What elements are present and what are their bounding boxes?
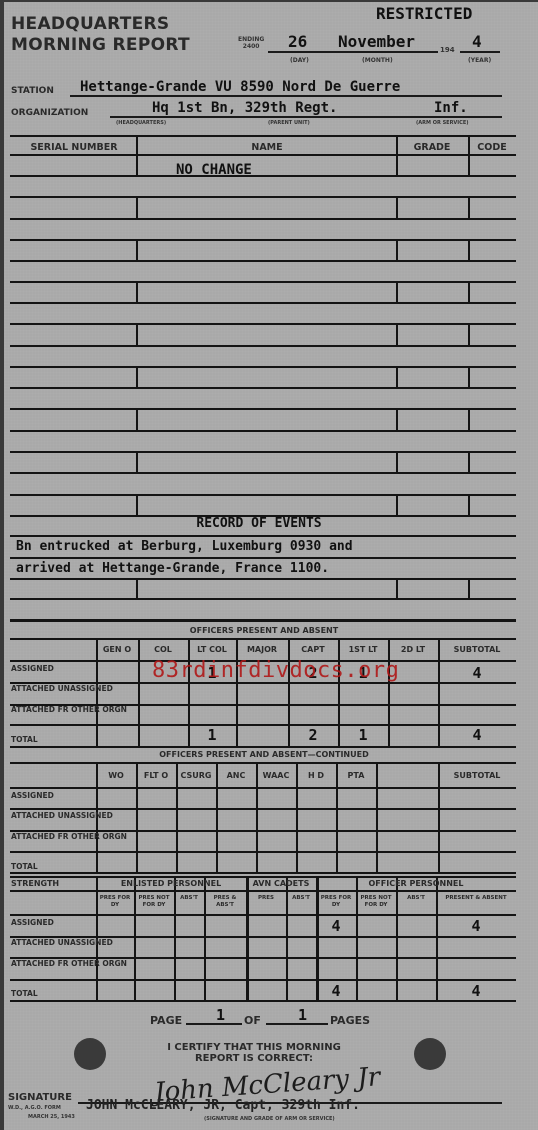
- row-label: ATTACHED UNASSIGNED: [11, 685, 113, 693]
- station-label: STATION: [11, 86, 54, 96]
- year-prefix: 194: [440, 46, 455, 54]
- organization-label: ORGANIZATION: [11, 108, 88, 118]
- strength-subcolumn-header: PRES FOR DY: [316, 895, 356, 909]
- roster-top-border: [10, 135, 516, 137]
- pages-label: PAGES: [330, 1014, 370, 1027]
- event-line-2: arrived at Hettange-Grande, France 1100.: [16, 561, 329, 576]
- column-header: WAAC: [256, 771, 296, 780]
- cell-value: 2: [288, 726, 338, 744]
- roster-column-divider: [136, 239, 138, 260]
- roster-column-divider: [468, 137, 470, 154]
- col-name: NAME: [138, 142, 396, 153]
- col-serial-number: SERIAL NUMBER: [14, 142, 134, 153]
- roster-rule: [10, 408, 516, 410]
- table-column-divider: [376, 763, 378, 872]
- cell-value: 4: [436, 982, 516, 1000]
- roster-rule: [10, 323, 516, 325]
- binder-hole-right: [414, 1038, 446, 1070]
- table-rule: [10, 808, 516, 810]
- record-of-events-title: RECORD OF EVENTS: [4, 516, 514, 531]
- events-rule-1: [10, 535, 516, 537]
- roster-rule: [10, 302, 516, 304]
- roster-column-divider: [468, 494, 470, 515]
- roster-column-divider: [468, 196, 470, 218]
- certify-line-2: REPORT IS CORRECT:: [144, 1053, 364, 1064]
- report-year: 4: [472, 32, 482, 51]
- table-rule: [10, 890, 516, 892]
- roster-column-divider: [396, 239, 398, 260]
- row-label: ATTACHED FR OTHER ORGN: [11, 960, 127, 968]
- roster-column-divider: [468, 451, 470, 472]
- cell-value: 4: [316, 917, 356, 935]
- group-divider: [246, 877, 249, 1000]
- certification-text: I CERTIFY THAT THIS MORNING REPORT IS CO…: [144, 1042, 364, 1064]
- column-header: WO: [96, 771, 136, 780]
- ending-label: ENDING 2400: [238, 36, 264, 50]
- row-label: TOTAL: [11, 990, 38, 998]
- table-rule: [10, 1000, 516, 1002]
- column-header: MAJOR: [236, 645, 288, 654]
- organization-hq: Hq 1st Bn, 329th Regt.: [152, 100, 337, 116]
- roster-column-divider: [136, 408, 138, 430]
- column-header: CAPT: [288, 645, 338, 654]
- col-grade: GRADE: [396, 142, 468, 153]
- form-date: MARCH 25, 1943: [28, 1114, 75, 1120]
- column-header: PTA: [336, 771, 376, 780]
- roster-rule: [10, 218, 516, 220]
- events-rule-2: [10, 557, 516, 559]
- table-rule: [10, 746, 516, 748]
- roster-column-divider: [136, 137, 138, 154]
- month-caption: (MONTH): [362, 57, 393, 64]
- table-column-divider: [236, 639, 238, 746]
- events-rule-4: [10, 598, 516, 600]
- roster-column-divider: [396, 281, 398, 302]
- column-header: FLT O: [136, 771, 176, 780]
- row-label: ATTACHED FR OTHER ORGN: [11, 706, 127, 714]
- roster-column-divider: [468, 366, 470, 387]
- station-value: Hettange-Grande VU 8590 Nord De Guerre: [80, 79, 400, 95]
- roster-rule: [10, 196, 516, 198]
- row-label: ASSIGNED: [11, 792, 54, 800]
- strength-subcolumn-header: PRES NOT FOR DY: [134, 895, 174, 909]
- roster-rule: [10, 451, 516, 453]
- roster-column-divider: [468, 154, 470, 175]
- page-number: 1: [216, 1006, 225, 1024]
- roster-rule: [10, 154, 516, 156]
- cell-value: 1: [338, 726, 388, 744]
- events-divider: [468, 580, 470, 598]
- table-column-divider: [388, 639, 390, 746]
- roster-column-divider: [396, 408, 398, 430]
- column-header: LT COL: [188, 645, 236, 654]
- signature-label: SIGNATURE: [8, 1092, 72, 1103]
- roster-rule: [10, 239, 516, 241]
- table-rule: [10, 876, 516, 878]
- strength-subcolumn-header: PRES: [246, 895, 286, 902]
- cell-value: 4: [438, 664, 516, 682]
- table-rule: [10, 762, 516, 764]
- strength-group-header: ENLISTED PERSONNEL: [96, 879, 246, 888]
- roster-column-divider: [396, 323, 398, 345]
- column-header: ANC: [216, 771, 256, 780]
- title-line-2: MORNING REPORT: [11, 35, 190, 56]
- roster-column-divider: [396, 366, 398, 387]
- strength-group-header: OFFICER PERSONNEL: [316, 879, 516, 888]
- signer-name: JOHN McCLEARY, JR, Capt, 329th Inf.: [86, 1098, 360, 1113]
- table-column-divider: [138, 639, 140, 746]
- column-header: H D: [296, 771, 336, 780]
- report-month: November: [338, 32, 415, 51]
- row-label: ATTACHED FR OTHER ORGN: [11, 833, 127, 841]
- column-header: SUBTOTAL: [438, 645, 516, 654]
- page-label: PAGE: [150, 1014, 182, 1027]
- roster-column-divider: [136, 451, 138, 472]
- roster-rule: [10, 366, 516, 368]
- table-rule: [10, 914, 516, 916]
- strength-subcolumn-header: ABS'T: [286, 895, 316, 902]
- organization-arm: Inf.: [434, 100, 468, 116]
- cell-value: 4: [436, 917, 516, 935]
- roster-rule: [10, 387, 516, 389]
- roster-rule: [10, 430, 516, 432]
- form-number: W.D., A.G.O. FORM: [8, 1105, 61, 1111]
- strength-subcolumn-header: ABS'T: [174, 895, 204, 902]
- events-divider: [396, 580, 398, 598]
- page-number-line: [186, 1008, 242, 1025]
- strength-subcolumn-header: PRES FOR DY: [96, 895, 134, 909]
- row-label: ASSIGNED: [11, 919, 54, 927]
- roster-column-divider: [136, 366, 138, 387]
- roster-column-divider: [468, 323, 470, 345]
- total-pages-line: [266, 1008, 328, 1025]
- arm-caption: (ARM OR SERVICE): [416, 120, 469, 126]
- roster-column-divider: [136, 494, 138, 515]
- row-label: ATTACHED UNASSIGNED: [11, 812, 113, 820]
- hq-caption: (HEADQUARTERS): [116, 120, 166, 126]
- total-pages: 1: [298, 1006, 307, 1024]
- roster-column-divider: [468, 239, 470, 260]
- cell-value: 1: [188, 726, 236, 744]
- strength-group-header: AVN CADETS: [246, 879, 316, 888]
- column-header: GEN O: [96, 645, 138, 654]
- certify-line-1: I CERTIFY THAT THIS MORNING: [144, 1042, 364, 1053]
- cell-value: 4: [316, 982, 356, 1000]
- roster-column-divider: [396, 494, 398, 515]
- group-divider: [316, 877, 319, 1000]
- strength-subcolumn-header: PRES & ABS'T: [204, 895, 246, 909]
- roster-column-divider: [136, 323, 138, 345]
- roster-rule: [10, 260, 516, 262]
- table-rule: [10, 979, 516, 981]
- column-header: 2D LT: [388, 645, 438, 654]
- table-rule: [10, 638, 516, 640]
- events-rule-5: [10, 619, 516, 622]
- roster-rule: [10, 345, 516, 347]
- strength-label: STRENGTH: [11, 879, 91, 888]
- watermark: 83rdinfdivdocs.org: [152, 658, 399, 683]
- event-line-1: Bn entrucked at Berburg, Luxemburg 0930 …: [16, 539, 353, 554]
- events-divider: [136, 580, 138, 598]
- row-label: TOTAL: [11, 863, 38, 871]
- row-label: ASSIGNED: [11, 665, 54, 673]
- table-rule: [10, 787, 516, 789]
- roster-column-divider: [136, 154, 138, 175]
- report-day: 26: [288, 32, 307, 51]
- year-caption: (YEAR): [468, 57, 491, 64]
- column-header: SUBTOTAL: [438, 771, 516, 780]
- strength-subcolumn-header: PRES NOT FOR DY: [356, 895, 396, 909]
- row-label: ATTACHED UNASSIGNED: [11, 939, 113, 947]
- cell-value: 4: [438, 726, 516, 744]
- column-header: 1ST LT: [338, 645, 388, 654]
- officers-continued-title: OFFICERS PRESENT AND ABSENT—CONTINUED: [4, 750, 524, 759]
- table-rule: [10, 872, 516, 874]
- signer-caption: (SIGNATURE AND GRADE OF ARM OR SERVICE): [204, 1116, 335, 1122]
- classification-stamp: RESTRICTED: [376, 4, 472, 23]
- roster-column-divider: [396, 451, 398, 472]
- roster-column-divider: [396, 154, 398, 175]
- strength-subcolumn-header: PRESENT & ABSENT: [436, 895, 516, 902]
- parent-caption: (PARENT UNIT): [268, 120, 310, 126]
- of-label: OF: [244, 1014, 261, 1027]
- ending-text: ENDING: [238, 36, 264, 43]
- table-rule: [10, 851, 516, 853]
- roster-column-divider: [396, 196, 398, 218]
- morning-report-form: HEADQUARTERS MORNING REPORT RESTRICTED E…: [4, 2, 538, 1130]
- roster-rule: [10, 494, 516, 496]
- roster-column-divider: [136, 196, 138, 218]
- officers-title: OFFICERS PRESENT AND ABSENT: [4, 626, 524, 635]
- roster-rule: [10, 281, 516, 283]
- day-caption: (DAY): [290, 57, 309, 64]
- roster-column-divider: [468, 408, 470, 430]
- roster-rule: [10, 175, 516, 177]
- binder-hole-left: [74, 1038, 106, 1070]
- roster-column-divider: [136, 281, 138, 302]
- col-code: CODE: [468, 142, 516, 153]
- column-header: COL: [138, 645, 188, 654]
- form-title: HEADQUARTERS MORNING REPORT: [11, 14, 190, 56]
- events-rule-3: [10, 578, 516, 580]
- roster-rule: [10, 472, 516, 474]
- title-line-1: HEADQUARTERS: [11, 14, 190, 35]
- ending-time: 2400: [238, 43, 264, 50]
- roster-column-divider: [396, 137, 398, 154]
- roster-column-divider: [468, 281, 470, 302]
- column-header: CSURG: [176, 771, 216, 780]
- strength-subcolumn-header: ABS'T: [396, 895, 436, 902]
- row-label: TOTAL: [11, 736, 38, 744]
